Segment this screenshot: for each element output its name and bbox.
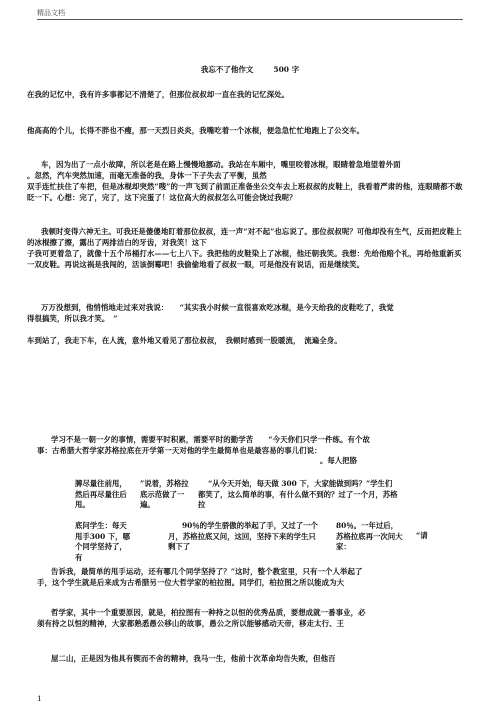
essay2-paragraph-2: 告诉我，最简单的甩手运动，还有哪几个同学坚持了？”这时，整个教室里，只有一个人举… <box>37 566 372 588</box>
essay2-row1-col2: ”说着，苏格拉底示范做了一遍。 <box>140 479 194 511</box>
essay1-paragraph-5: 万万没想到，他悄悄地走过来对我说： “其实我小时候一直很喜欢吃冰棍，是今天给我的… <box>27 302 397 324</box>
essay2-paragraph-4: 屋二山，正是因为他具有锲而不舍的精神，我马一生，他前十次革命均告失败，但他百 <box>37 653 372 664</box>
document-title: 我忘不了他作文500 字 <box>0 64 500 75</box>
essay1-paragraph-4a: 我顿时变得六神无主。可我还是傻傻地盯着那位叔叔，连一声“对不起”也忘说了。那位叔… <box>27 226 467 248</box>
essay2-row1-col1: 膊尽量往前甩，然后再尽量往后甩。 <box>75 479 133 511</box>
page-number: 1 <box>37 694 42 703</box>
essay1-paragraph-1: 在我的记忆中，我有许多事都记不清楚了，但那位叔叔却一直在我的记忆深处。 <box>27 89 467 100</box>
essay1-paragraph-3c: 双手连忙扶住了车把，但是冰棍却突然“嗖”的一声飞到了前面正准备坐公交车去上班叔叔… <box>27 181 467 203</box>
essay1-paragraph-4b: 子我可更着急了，就像十五个吊桶打水——七上八下。我把他的皮鞋染上了冰棍，他还朝我… <box>27 248 467 270</box>
essay2-paragraph-1: 学习不是一朝一夕的事情，需要平时积累，需要平时的勤学苦 “今天你们只学一件练。有… <box>37 434 372 456</box>
essay2-row2-col4: “请 <box>416 531 430 542</box>
essay2-row2-col2: 90％的学生骄傲的举起了手，又过了一个月，苏格拉底又问，这回，坚持下来的学生只剩… <box>168 521 318 553</box>
essay1-paragraph-3b: 。忽然，汽车突然加速，而毫无准备的我，身体一下子失去了平衡，虽然 <box>27 170 467 181</box>
essay1-paragraph-2: 他高高的个儿，长得不胖也不瘦，那一天烈日炎炎，我嘴吃着一个冰棍，便急急忙忙地跑上… <box>27 125 467 136</box>
essay2-paragraph-3: 哲学家，其中一个重要原因，就是，柏拉图有一种持之以恒的优秀品质，要想成就一番事业… <box>37 607 372 629</box>
title-word-count: 500 字 <box>273 65 299 74</box>
essay1-paragraph-3a: 车，因为出了一点小故障，所以老是在路上慢慢地挪动。我站在车厢中，嘴里咬着冰棍，眼… <box>27 159 467 170</box>
essay2-row2-col1: 底问学生：每天甩手300 下，哪个同学坚持了，有 <box>75 521 133 563</box>
essay2-paragraph-1-tail: 。每人把胳 <box>320 456 357 467</box>
essay2-row1-col3: “从今天开始，每天做 300 下，大家能做到吗？”学生们都笑了，这么简单的事，有… <box>198 479 398 511</box>
title-main: 我忘不了他作文 <box>201 65 254 74</box>
essay1-paragraph-6: 车到站了，我走下车，在人流，意外地又看见了那位叔叔， 我顿时感到一股暖流， 流遍… <box>27 335 467 346</box>
page-header: 精品文档 <box>37 5 463 20</box>
essay2-row2-col3: 80％。一年过后，苏格拉底再一次问大家： <box>336 521 404 553</box>
header-label: 精品文档 <box>37 8 65 18</box>
